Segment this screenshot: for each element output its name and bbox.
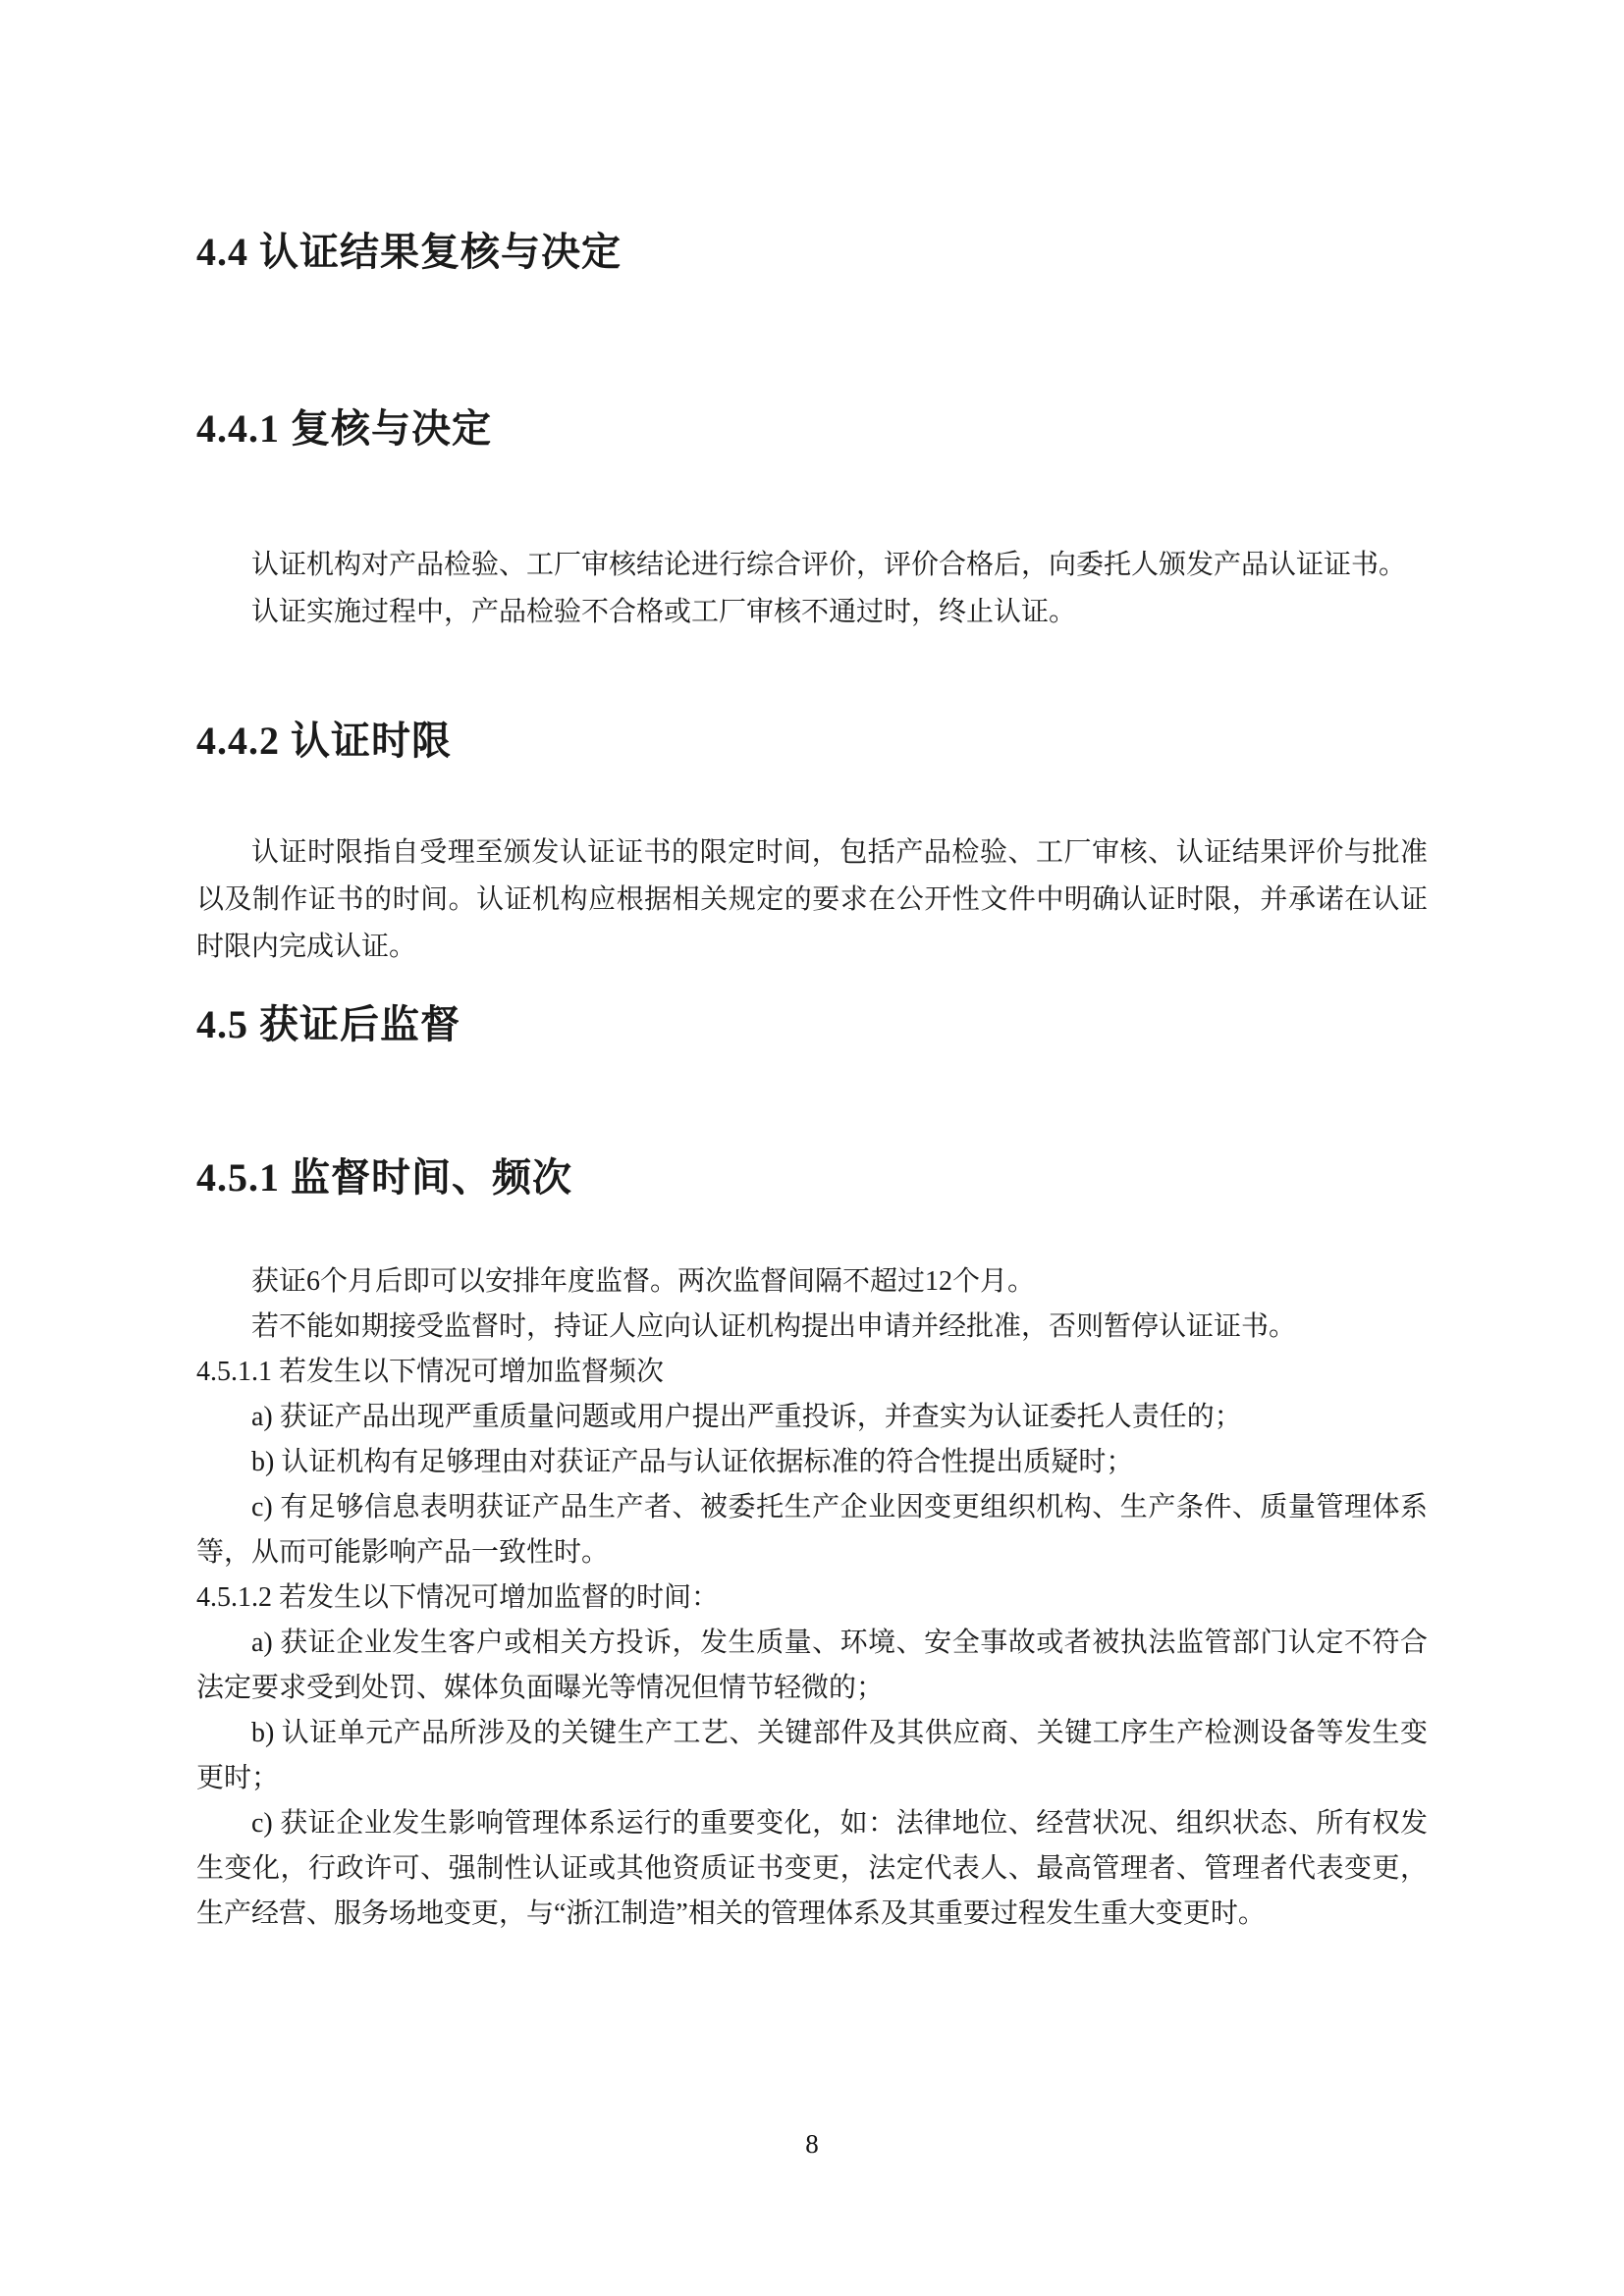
subsection-heading-4-5-1-1: 4.5.1.1 若发生以下情况可增加监督频次 xyxy=(196,1350,1428,1395)
paragraph: 若不能如期接受监督时，持证人应向认证机构提出申请并经批准，否则暂停认证证书。 xyxy=(196,1305,1428,1350)
list-item-c: c) 有足够信息表明获证产品生产者、被委托生产企业因变更组织机构、生产条件、质量… xyxy=(196,1485,1428,1575)
list-item-b: b) 认证单元产品所涉及的关键生产工艺、关键部件及其供应商、关键工序生产检测设备… xyxy=(196,1711,1428,1801)
paragraph-group-4-5-1: 获证6个月后即可以安排年度监督。两次监督间隔不超过12个月。 若不能如期接受监督… xyxy=(196,1259,1428,1937)
paragraph: 认证实施过程中，产品检验不合格或工厂审核不通过时，终止认证。 xyxy=(196,589,1428,636)
document-page: 4.4 认证结果复核与决定 4.4.1 复核与决定 认证机构对产品检验、工厂审核… xyxy=(0,0,1624,2296)
section-heading-4-5-1: 4.5.1 监督时间、频次 xyxy=(196,1156,1428,1200)
page-number: 8 xyxy=(0,2128,1624,2160)
paragraph: 获证6个月后即可以安排年度监督。两次监督间隔不超过12个月。 xyxy=(196,1259,1428,1305)
paragraph-group-4-4-2: 认证时限指自受理至颁发认证证书的限定时间，包括产品检验、工厂审核、认证结果评价与… xyxy=(196,829,1428,971)
subsection-heading-4-5-1-2: 4.5.1.2 若发生以下情况可增加监督的时间： xyxy=(196,1575,1428,1621)
paragraph: 认证时限指自受理至颁发认证证书的限定时间，包括产品检验、工厂审核、认证结果评价与… xyxy=(196,829,1428,971)
section-heading-4-4-1: 4.4.1 复核与决定 xyxy=(196,407,1428,451)
paragraph-group-4-4-1: 认证机构对产品检验、工厂审核结论进行综合评价，评价合格后，向委托人颁发产品认证证… xyxy=(196,542,1428,636)
list-item-a: a) 获证企业发生客户或相关方投诉，发生质量、环境、安全事故或者被执法监管部门认… xyxy=(196,1621,1428,1711)
list-item-b: b) 认证机构有足够理由对获证产品与认证依据标准的符合性提出质疑时； xyxy=(196,1440,1428,1485)
section-heading-4-4: 4.4 认证结果复核与决定 xyxy=(196,231,1428,274)
list-item-a: a) 获证产品出现严重质量问题或用户提出严重投诉，并查实为认证委托人责任的； xyxy=(196,1395,1428,1440)
list-item-c: c) 获证企业发生影响管理体系运行的重要变化，如：法律地位、经营状况、组织状态、… xyxy=(196,1801,1428,1937)
section-heading-4-4-2: 4.4.2 认证时限 xyxy=(196,720,1428,763)
paragraph: 认证机构对产品检验、工厂审核结论进行综合评价，评价合格后，向委托人颁发产品认证证… xyxy=(196,542,1428,589)
section-heading-4-5: 4.5 获证后监督 xyxy=(196,1003,1428,1046)
